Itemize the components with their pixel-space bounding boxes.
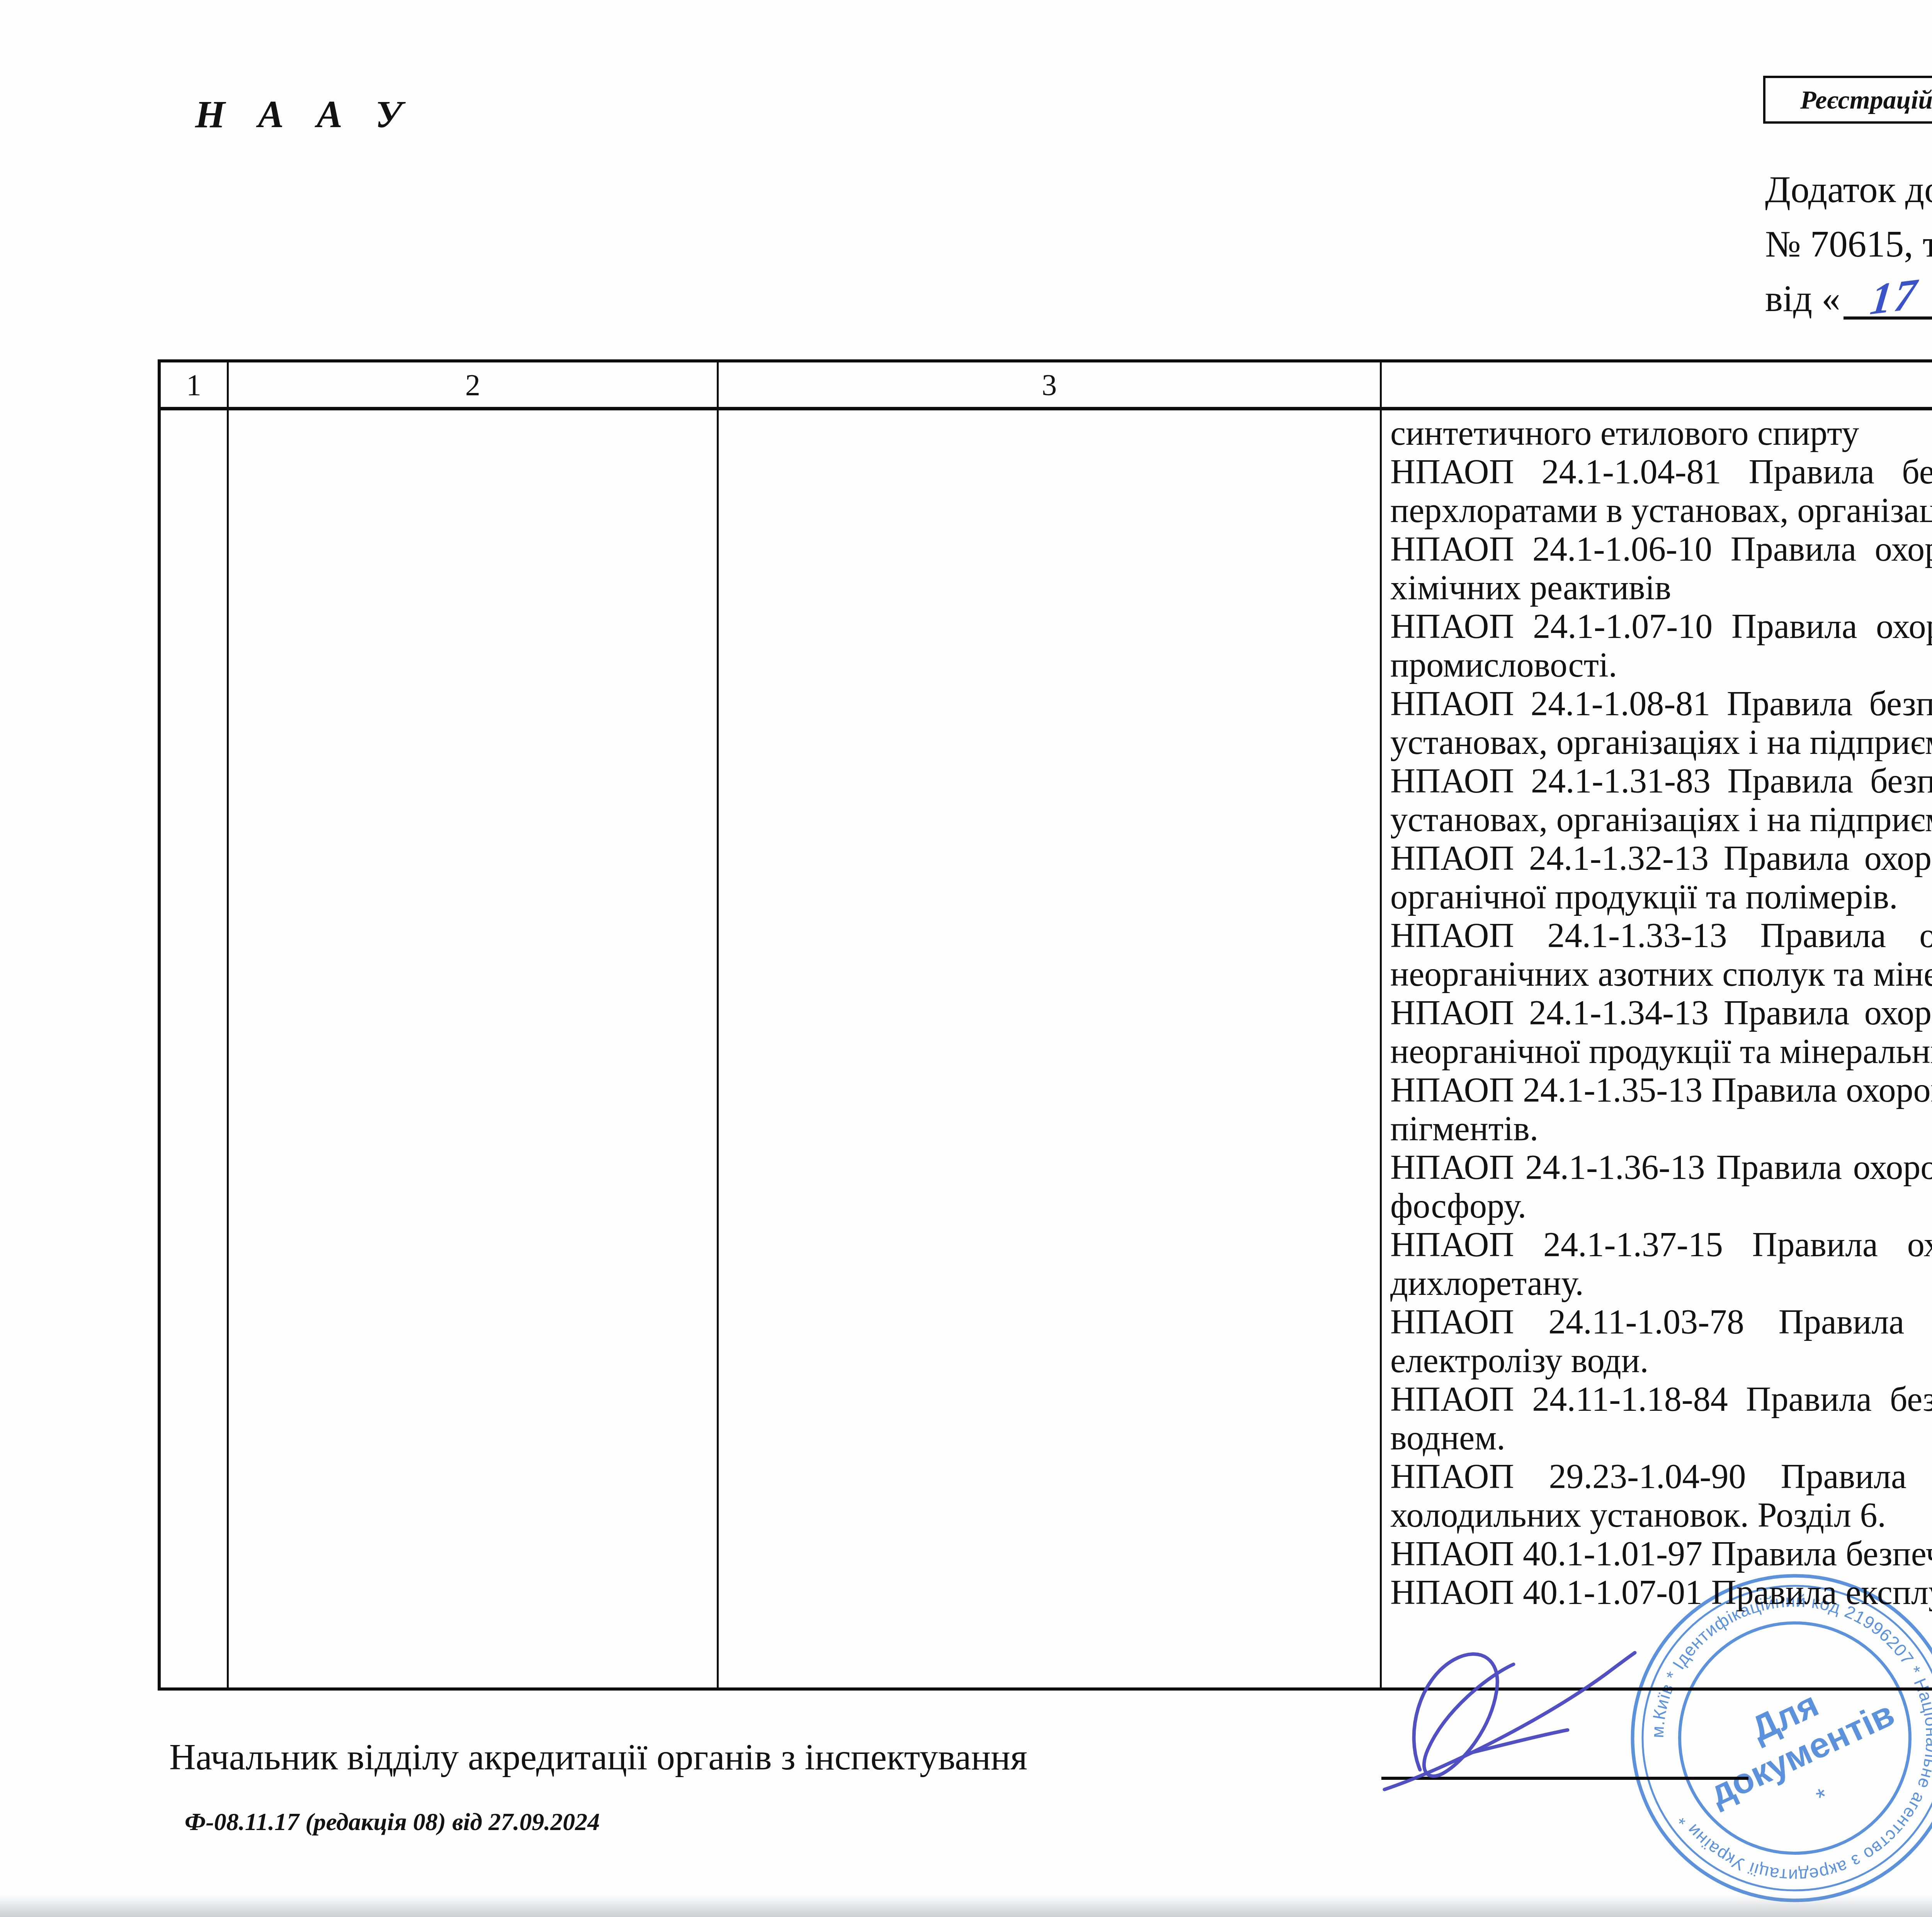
regulation-paragraph: НПАОП 24.11-1.03-78 Правила безпеки при …: [1390, 1303, 1932, 1380]
table-cell-2: [229, 410, 719, 1687]
title-date-line: від «17» грудня 2024р.: [1765, 271, 1932, 326]
header-2-label: 2: [465, 367, 480, 402]
header-3-label: 3: [1042, 367, 1057, 402]
regulation-paragraph: НПАОП 24.11-1.18-84 Правила безпеки при …: [1390, 1380, 1932, 1458]
header-1-label: 1: [186, 367, 201, 402]
document-page: Н А А У Реєстраційний номер ООВ 70615 До…: [0, 0, 1932, 1917]
regulation-paragraph: НПАОП 24.1-1.37-15 Правила охорони під ч…: [1390, 1226, 1932, 1303]
round-stamp: м.Київ * Ідентифікаційний код 21996207 *…: [1621, 1564, 1932, 1912]
title-line-2: № 70615, тип А: [1765, 217, 1932, 271]
table-cell-regulations: синтетичного етилового спиртуНПАОП 24.1-…: [1382, 410, 1932, 1687]
stamp-center-asterisk: *: [1812, 1782, 1832, 1812]
regulation-paragraph: НПАОП 29.23-1.04-90 Правила будови і без…: [1390, 1458, 1932, 1535]
column-header-2: 2: [229, 362, 719, 410]
naau-logo: Н А А У: [195, 92, 414, 136]
column-header-1: 1: [161, 362, 229, 410]
registration-number-table: Реєстраційний номер ООВ 70615: [1763, 76, 1932, 124]
column-header-4: 4: [1382, 362, 1932, 410]
title-block: Додаток до атестата про акредитацію № 70…: [1765, 162, 1932, 326]
signer-position-title: Начальник відділу акредитації органів з …: [169, 1736, 1027, 1778]
title-line-1: Додаток до атестата про акредитацію: [1765, 162, 1932, 217]
handwritten-day: 17: [1868, 274, 1921, 320]
date-blank-underline: 17: [1844, 277, 1932, 320]
regulation-paragraph: НПАОП 24.1-1.32-13 Правила охорони праці…: [1390, 839, 1932, 917]
table-cell-1: [161, 410, 229, 1687]
column-header-3: 3: [719, 362, 1382, 410]
date-prefix: від «: [1765, 278, 1840, 319]
regulation-paragraph: НПАОП 24.1-1.06-10 Правила охорони праці…: [1390, 530, 1932, 607]
form-code: Ф-08.11.17 (редакція 08) від 27.09.2024: [185, 1808, 600, 1836]
regulation-paragraph: НПАОП 24.1-1.34-13 Правила охорони праці…: [1390, 994, 1932, 1071]
regulation-paragraph: НПАОП 24.1-1.08-81 Правила безпеки при р…: [1390, 685, 1932, 762]
regulation-paragraph: НПАОП 24.1-1.36-13 Правила охорони праці…: [1390, 1148, 1932, 1226]
regulation-paragraph: НПАОП 24.1-1.35-13 Правила охорони праці…: [1390, 1071, 1932, 1148]
scope-table: 1 2 3 4 синтетичного етилового спиртуНПА…: [158, 359, 1932, 1691]
table-cell-3: [719, 410, 1382, 1687]
regulation-paragraph: синтетичного етилового спирту: [1390, 414, 1932, 453]
regulation-paragraph: НПАОП 24.1-1.04-81 Правила безпеки при р…: [1390, 453, 1932, 530]
scan-edge-shadow: [0, 1895, 1932, 1917]
regulation-paragraph: НПАОП 24.1-1.07-10 Правила охорони праці…: [1390, 607, 1932, 685]
regulation-paragraph: НПАОП 24.1-1.31-83 Правила безпеки при р…: [1390, 762, 1932, 839]
regulation-paragraph: НПАОП 24.1-1.33-13 Правила охорони праці…: [1390, 917, 1932, 994]
registration-number-label: Реєстраційний номер ООВ: [1765, 78, 1932, 121]
